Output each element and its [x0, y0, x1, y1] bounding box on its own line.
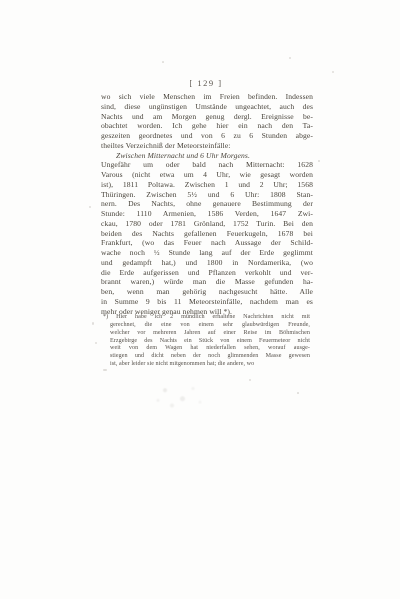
body-text-line: ckau, 1780 oder 1781 Grönland, 1752 Turi…: [101, 219, 313, 229]
paragraph-2: Zwischen Mitternacht und 6 Uhr Morgens.U…: [101, 151, 313, 317]
body-text-line: nern. Des Nachts, ohne genauere Bestimmu…: [101, 199, 313, 209]
body-text-line: geszeiten geordnetes und von 6 zu 6 Stun…: [101, 131, 313, 141]
footnote-text-line: *) Hier habe ich 2 mündlich erhaltene Na…: [103, 314, 310, 322]
body-text-line: Nachts und am Morgen genug dergl. Ereign…: [101, 112, 313, 122]
body-text-line: Frankfurt, (wo das Feuer nach Aussage de…: [101, 238, 313, 248]
body-text-line: Thüringen. Zwischen 5½ und 6 Uhr: 1808 S…: [101, 190, 313, 200]
body-text-line: ist), 1811 Poltawa. Zwischen 1 und 2 Uhr…: [101, 180, 313, 190]
body-text-line: Zwischen Mitternacht und 6 Uhr Morgens.: [101, 151, 313, 161]
body-text-line: Stunde: 1110 Armenien, 1586 Verden, 1647…: [101, 209, 313, 219]
scan-speck: [318, 160, 320, 162]
scan-speck: [89, 206, 91, 208]
scan-speck: [103, 369, 107, 371]
scan-speck: [92, 322, 94, 325]
body-text-line: und gedampft hat,) und 1800 in Nordameri…: [101, 258, 313, 268]
body-text-line: sind, diese ungünstigen Umstände ungeach…: [101, 102, 313, 112]
footnote-block: *) Hier habe ich 2 mündlich erhaltene Na…: [110, 314, 310, 369]
page-number: [ 129 ]: [100, 78, 312, 88]
body-text-line: brannt waren,) würde man die Masse gefun…: [101, 277, 313, 287]
scanned-book-page: [ 129 ] wo sich viele Menschen im Freien…: [0, 0, 400, 599]
footnote-text-line: gerechnet, die eine von einem sehr glaub…: [110, 322, 310, 330]
body-text-line: ben, wenn man gehörig nachgesucht hätte.…: [101, 287, 313, 297]
body-text-line: in Summe 9 bis 11 Meteorsteinfälle, nach…: [101, 297, 313, 307]
scan-speck: [332, 71, 334, 73]
scan-speck: [162, 61, 164, 63]
body-text-line: wache noch ½ Stunde lang auf der Erde ge…: [101, 248, 313, 258]
body-text-line: theiltes Verzeichniß der Meteorsteinfäll…: [101, 141, 313, 151]
body-text-line: die Erde aufgerissen und Pflanzen verkoh…: [101, 268, 313, 278]
body-text-line: wo sich viele Menschen im Freien befinde…: [101, 92, 313, 102]
body-text-line: beiden des Nachts gefallenen Feuerkugeln…: [101, 229, 313, 239]
footnote-text-line: stiegen und dicht neben der noch glimmen…: [110, 353, 310, 361]
scan-smudge: [144, 380, 214, 414]
footnote-text-line: ist, aber leider sie nicht mitgenommen h…: [110, 361, 310, 369]
body-text-line: Varous (nicht etwa um 4 Uhr, wie gesagt …: [101, 170, 313, 180]
main-text-block: wo sich viele Menschen im Freien befinde…: [101, 92, 313, 316]
scan-speck: [249, 379, 251, 381]
body-text-line: obachtet worden. Ich gehe hier ein nach …: [101, 121, 313, 131]
body-text-line: Ungefähr um oder bald nach Mitternacht: …: [101, 160, 313, 170]
footnote-text-line: welcher vor mehreren Jahren auf einer Re…: [110, 330, 310, 338]
scan-speck: [297, 392, 299, 394]
paragraph-1: wo sich viele Menschen im Freien befinde…: [101, 92, 313, 151]
scan-speck: [95, 342, 97, 344]
footnote-text-line: weit von dem Wagen hat niederfallen sehe…: [110, 345, 310, 353]
scan-speck: [289, 57, 291, 59]
